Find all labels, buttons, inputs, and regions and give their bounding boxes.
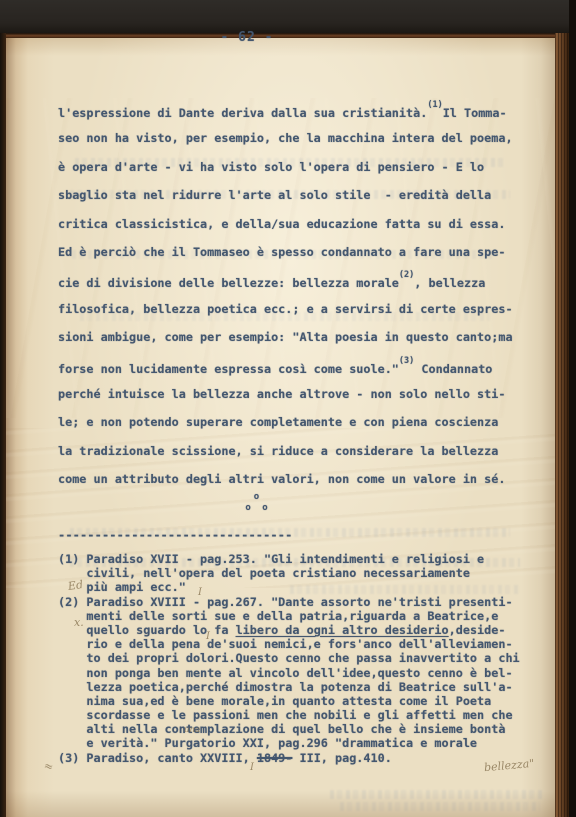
ornament-dots: oo o [236, 492, 280, 514]
body-line: perché intuisce la bellezza anche altrov… [58, 380, 536, 408]
footnote-line: e verità." Purgatorio XXI, pag.296 "dram… [58, 736, 538, 750]
handwritten-annotation: Ed [67, 578, 84, 593]
body-line: Ed è perciò che il Tommaseo è spesso con… [58, 238, 536, 266]
body-line: sbaglio sta nel ridurre l'arte al solo s… [58, 181, 536, 209]
footnote-separator: -------------------------------- [58, 528, 292, 542]
footnote-line: più ampi ecc." [58, 580, 538, 594]
footnote-line: rio e della pena de'suoi nemici,e fors'a… [58, 637, 538, 651]
footnote-line: (1) Paradiso XVII - pag.253. "Gli intend… [58, 552, 538, 566]
handwritten-annotation: I [198, 587, 202, 598]
footnote-line: nima sua,ed è bene morale,in quanto atte… [58, 694, 538, 708]
body-line: forse non lucidamente espressa così come… [58, 352, 536, 380]
footnotes: (1) Paradiso XVII - pag.253. "Gli intend… [58, 552, 538, 765]
desk-background [0, 0, 576, 33]
handwritten-annotation: x. [74, 616, 84, 629]
footnote-line: (2) Paradiso XVIII - pag.267. "Dante ass… [58, 595, 538, 609]
body-line: filosofica, bellezza poetica ecc.; e a s… [58, 295, 536, 323]
footnote-line: non ponga ben mente al vincolo dell'idee… [58, 666, 538, 680]
book-cover-right-edge [569, 0, 576, 817]
footnote-line: scordasse e le passioni men che nobili e… [58, 708, 538, 722]
book-scan: - 62 - l'espressione di Dante deriva dal… [0, 0, 576, 817]
body-text: l'espressione di Dante deriva dalla sua … [58, 96, 536, 493]
footnote-line: civili, nell'opera del poeta cristiano n… [58, 566, 538, 580]
footnote-line: menti delle sorti sue e della patria,rig… [58, 609, 538, 623]
body-line: l'espressione di Dante deriva dalla sua … [58, 96, 536, 124]
ornament-line: o o [236, 503, 280, 514]
footnote-line: to dei propri dolori.Questo cenno che pa… [58, 651, 538, 665]
footnote-line: (3) Paradiso, canto XXVIII, 1849- III, p… [58, 751, 538, 765]
body-line: è opera d'arte - vi ha visto solo l'oper… [58, 153, 536, 181]
body-line: cie di divisione delle bellezze: bellezz… [58, 266, 536, 294]
ornament-line: o [236, 492, 280, 503]
handwritten-annotation: I [206, 631, 210, 642]
body-line: critica classicistica, e della/sua educa… [58, 210, 536, 238]
body-line: seo non ha visto, per esempio, che la ma… [58, 124, 536, 152]
body-line: come un attributo degli altri valori, no… [58, 465, 536, 493]
footnote-line: alti nella contemplazione di quel bello … [58, 722, 538, 736]
page-number: - 62 - [57, 30, 437, 45]
handwritten-annotation: una [184, 725, 200, 735]
footnote-line: lezza poetica,perché dimostra la potenza… [58, 680, 538, 694]
footnote-line: quello sguardo lo fa libero da ogni altr… [58, 623, 538, 637]
body-line: sioni ambigue, come per esempio: "Alta p… [58, 323, 536, 351]
body-line: la tradizionale scissione, si riduce a c… [58, 437, 536, 465]
body-line: le; e non potendo superare completamente… [58, 408, 536, 436]
page-stack-edge [555, 33, 569, 817]
handwritten-annotation: I [250, 762, 254, 773]
